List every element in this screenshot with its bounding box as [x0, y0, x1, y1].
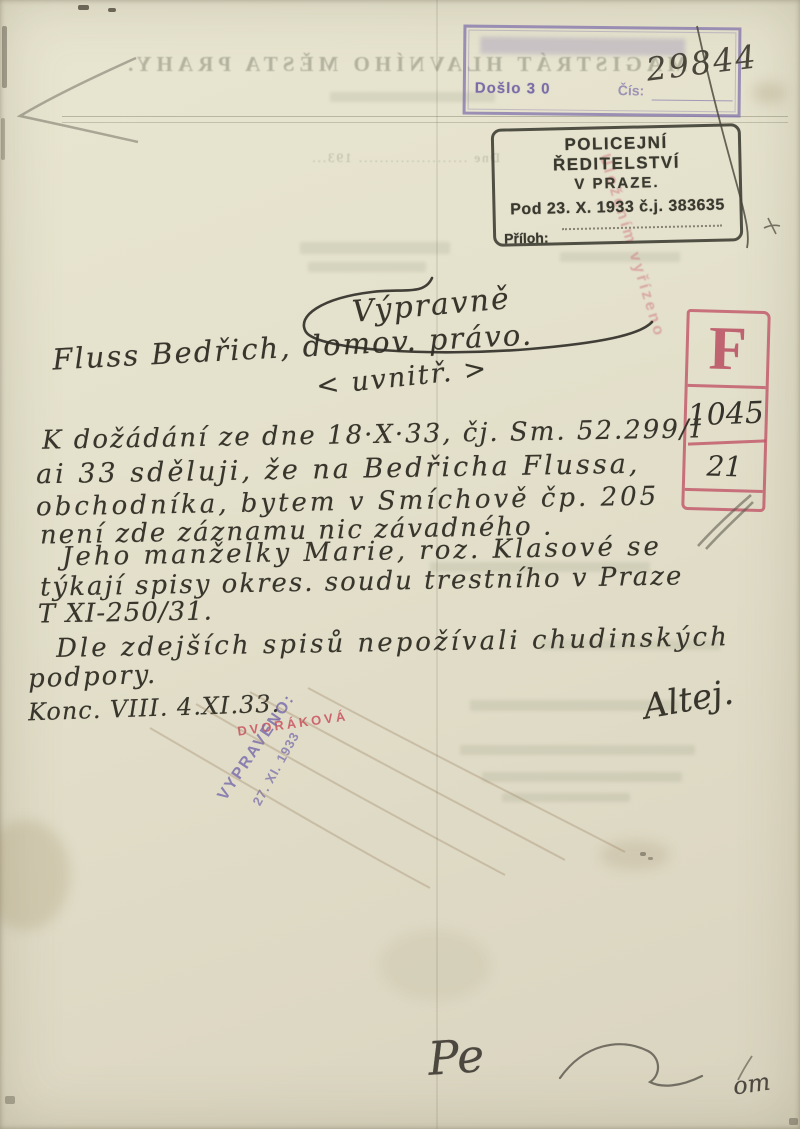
- bleedthrough-bar: [300, 242, 450, 254]
- bleedthrough-bar: [482, 772, 682, 782]
- police-stamp-attachments-label: Příloh:: [504, 230, 549, 247]
- police-stamp-line1: POLICEJNÍ ŘEDITELSTVÍ: [500, 131, 733, 176]
- scanned-document-page: MAGISTRÁT HLAVNÍHO MĚSTA PRAHY. Dne ....…: [0, 0, 800, 1129]
- f-stamp-empty-cell: [684, 491, 762, 509]
- registry-number-label: Čís:: [618, 82, 645, 98]
- f-stamp-number-bottom: 21: [685, 443, 764, 493]
- concept-note: Konc. VIII. 4.XI.33.: [28, 690, 281, 727]
- body-line: podpory.: [28, 660, 158, 694]
- bleedthrough-letterhead-rule: [62, 116, 788, 123]
- police-stamp-line3: Pod 23. X. 1933 č.j. 383635: [501, 196, 733, 219]
- paper-stain: [0, 820, 70, 930]
- paper-stain: [380, 930, 490, 1000]
- f-stamp-letter: F: [688, 312, 768, 389]
- scan-speck: [108, 8, 116, 12]
- scan-speck: [78, 5, 89, 10]
- bleedthrough-date-line: Dne ..................... 193...: [90, 150, 500, 166]
- scan-speck: [1, 118, 5, 160]
- bottom-mark-om: om: [731, 1068, 772, 1101]
- body-line: T XI-250/31.: [38, 596, 213, 629]
- bleedthrough-bar: [560, 252, 680, 262]
- police-stamp: POLICEJNÍ ŘEDITELSTVÍ V PRAZE. Pod 23. X…: [491, 123, 744, 247]
- scan-speck: [789, 1118, 798, 1125]
- police-stamp-dotted-line: [562, 225, 722, 231]
- scan-speck: [2, 26, 7, 88]
- body-line: Dle zdejších spisů nepožívali chudinskýc…: [56, 622, 730, 664]
- signature: Altej.: [640, 672, 736, 727]
- registry-number-line: [652, 100, 733, 102]
- pencil-tick: [764, 218, 780, 234]
- scan-speck: [648, 857, 653, 860]
- paper-stain: [752, 82, 786, 104]
- bleedthrough-bar: [460, 745, 695, 755]
- scan-speck: [640, 852, 646, 856]
- pencil-squiggle: [560, 1044, 702, 1085]
- bottom-mark-pe: Pe: [426, 1028, 486, 1086]
- bleedthrough-bar: [308, 262, 426, 272]
- f-index-stamp: F 1045 21: [681, 309, 771, 512]
- bleedthrough-bar: [502, 793, 630, 802]
- registry-received-label: Došlo 3 0: [475, 80, 551, 98]
- paper-stain: [600, 840, 670, 870]
- scan-speck: [5, 1096, 15, 1104]
